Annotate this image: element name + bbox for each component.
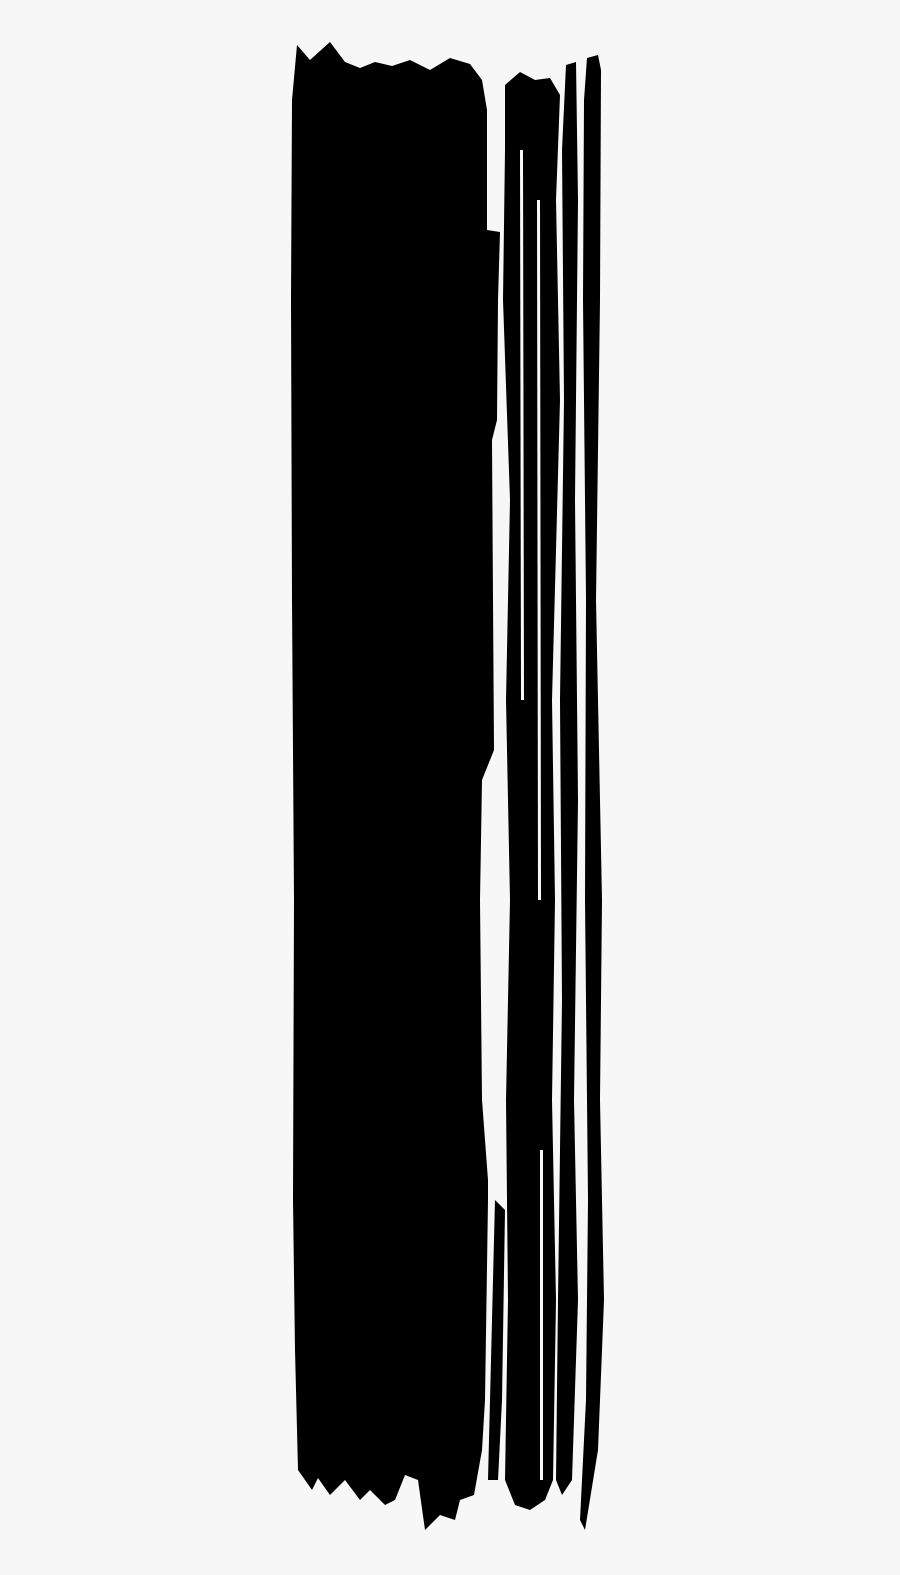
brush-stroke-illustration — [0, 0, 900, 1575]
